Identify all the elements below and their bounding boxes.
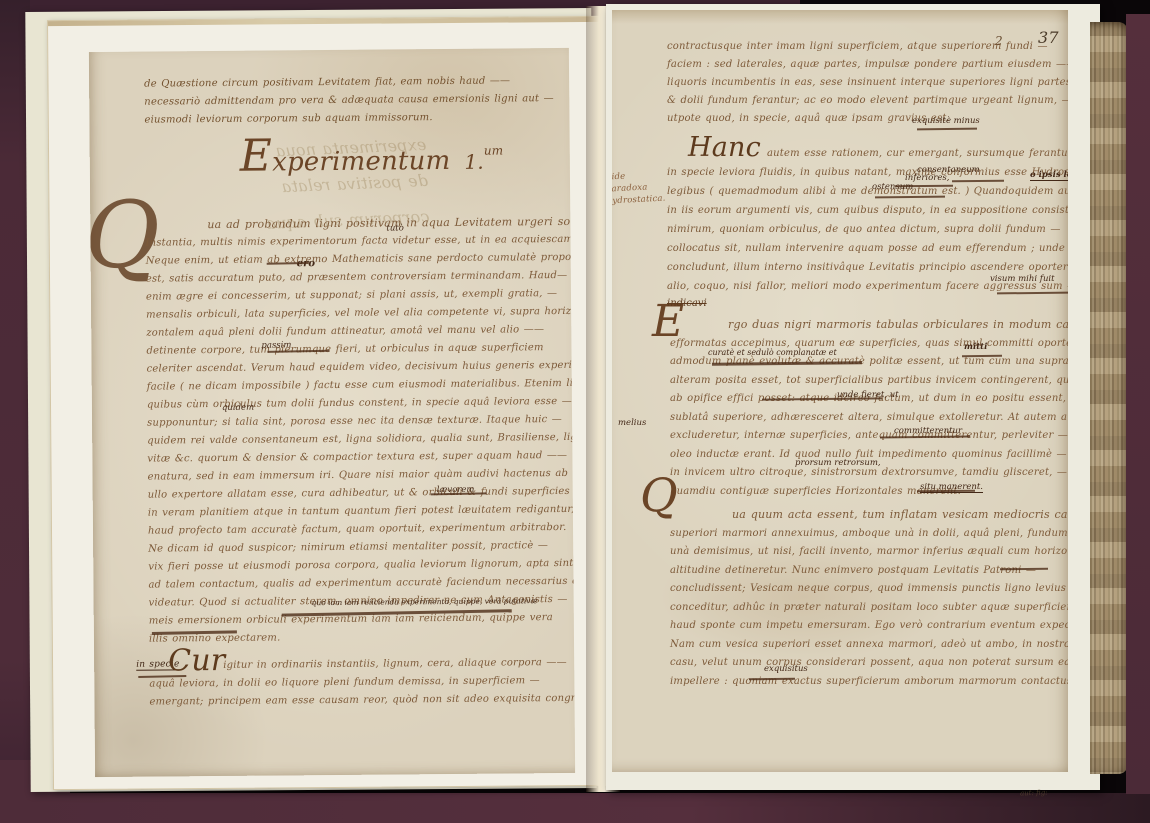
left-page-header-paragraph: de Quæstione circum positivam Levitatem … bbox=[144, 72, 549, 130]
right-page-ergo-paragraph: rgo duas nigri marmoris tabulas orbicula… bbox=[670, 316, 1068, 501]
interlinear-correction: curatè et sedulò complanatæ et bbox=[708, 348, 837, 357]
struck-word: indicavi bbox=[667, 298, 707, 309]
interlinear-correction: mitti bbox=[964, 342, 987, 352]
heading-number: 1. bbox=[464, 150, 484, 174]
heading-word: Experimentum bbox=[240, 129, 451, 182]
book-cover-bottom bbox=[0, 793, 1150, 823]
margin-correction-melius: melius bbox=[618, 418, 646, 428]
margin-note-vide-paradoxa: Vide Paradoxa hydrostatica. bbox=[612, 168, 669, 207]
ink-strikethrough bbox=[917, 128, 977, 131]
manuscript-scan: experimenta nouade positiva relatacorpor… bbox=[0, 0, 1150, 823]
interlinear-correction: o ipsis legib. bbox=[1030, 170, 1068, 181]
right-page-top-paragraph: contractusque inter imam ligni superfici… bbox=[667, 38, 1052, 128]
interlinear-correction: exquisitus bbox=[764, 664, 808, 674]
interlinear-correction: committerentur bbox=[894, 426, 962, 436]
interlinear-correction: passim bbox=[261, 340, 291, 350]
right-manuscript-leaf: 2 37 contractusque inter imam ligni supe… bbox=[612, 10, 1068, 772]
interlinear-correction: visum mihi fuit bbox=[990, 274, 1055, 284]
faint-bottom-annotation: aut: fig: bbox=[1020, 789, 1048, 798]
left-page-cur-paragraph: igitur in ordinariis instantiis, lignum,… bbox=[149, 654, 559, 712]
interlinear-correction: quidem bbox=[222, 403, 254, 413]
interlinear-correction: tutò bbox=[386, 223, 404, 233]
left-page-main-paragraph: ua ad probandum ligni positivam in aqua … bbox=[145, 213, 559, 649]
left-manuscript-leaf: experimenta nouade positiva relatacorpor… bbox=[89, 48, 575, 777]
page-block-fore-edge bbox=[1090, 22, 1128, 774]
interlinear-correction: prorsum retrorsum, bbox=[795, 458, 881, 468]
book-cover-right bbox=[1126, 14, 1150, 794]
right-page-qua-paragraph: ua quum acta essent, tum inflatam vesica… bbox=[670, 506, 1068, 691]
heading-superscript: um bbox=[484, 143, 504, 157]
section-heading-experimentum: Experimentum1.um bbox=[240, 128, 504, 181]
ink-strikethrough bbox=[962, 355, 1002, 357]
interlinear-correction: exquisitè minus bbox=[912, 116, 980, 126]
interlinear-correction: consentaneum bbox=[917, 165, 980, 175]
